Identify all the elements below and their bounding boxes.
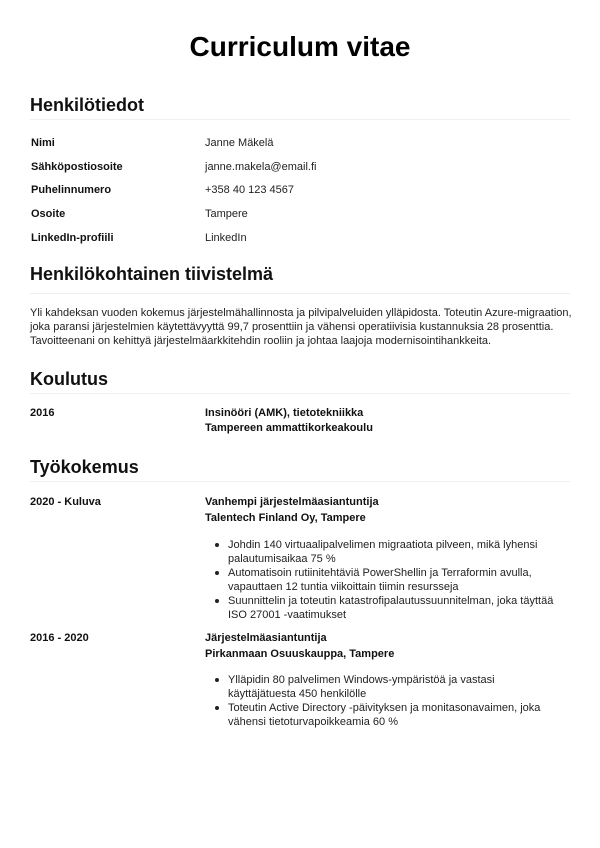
info-row-address: Osoite Tampere <box>31 206 571 222</box>
document-title: Curriculum vitae <box>0 29 600 65</box>
education-degree: Insinööri (AMK), tietotekniikka <box>205 406 570 421</box>
achievement-text: Automatisoin rutiinitehtäviä PowerShelli… <box>228 567 532 593</box>
section-heading-experience: Työkokemus <box>30 456 139 478</box>
info-label: Puhelinnumero <box>31 182 111 198</box>
experience-role: Vanhempi järjestelmäasiantuntija <box>205 495 570 510</box>
education-details: Insinööri (AMK), tietotekniikka Tamperee… <box>205 406 570 436</box>
section-heading-personal: Henkilötiedot <box>30 94 144 116</box>
info-row-linkedin: LinkedIn-profiili LinkedIn <box>31 230 571 246</box>
experience-date: 2020 - Kuluva <box>30 495 101 510</box>
achievement-list: Ylläpidin 80 palvelimen Windows-ympärist… <box>205 673 555 729</box>
linkedin-link[interactable]: LinkedIn <box>205 230 247 246</box>
info-row-phone: Puhelinnumero +358 40 123 4567 <box>31 182 571 198</box>
list-item: Johdin 140 virtuaalipalvelimen migraatio… <box>205 538 555 566</box>
info-value: Tampere <box>205 206 248 222</box>
bullet-icon <box>215 678 219 682</box>
info-label: LinkedIn-profiili <box>31 230 114 246</box>
list-item: Automatisoin rutiinitehtäviä PowerShelli… <box>205 566 555 594</box>
section-divider <box>30 481 570 482</box>
achievement-text: Toteutin Active Directory -päivityksen j… <box>228 702 540 728</box>
summary-text: Yli kahdeksan vuoden kokemus järjestelmä… <box>30 306 572 349</box>
list-item: Suunnittelin ja toteutin katastrofipalau… <box>205 594 555 622</box>
bullet-icon <box>215 599 219 603</box>
section-heading-summary: Henkilökohtainen tiivistelmä <box>30 263 273 285</box>
info-label: Nimi <box>31 135 55 151</box>
info-label: Sähköpostiosoite <box>31 159 123 175</box>
experience-company: Talentech Finland Oy, Tampere <box>205 511 570 526</box>
section-divider <box>30 119 570 120</box>
section-heading-education: Koulutus <box>30 368 108 390</box>
achievement-text: Suunnittelin ja toteutin katastrofipalau… <box>228 595 553 621</box>
achievement-list: Johdin 140 virtuaalipalvelimen migraatio… <box>205 538 555 622</box>
achievement-text: Johdin 140 virtuaalipalvelimen migraatio… <box>228 539 537 565</box>
experience-details: Vanhempi järjestelmäasiantuntija Talente… <box>205 495 570 526</box>
info-row-email: Sähköpostiosoite janne.makela@email.fi <box>31 159 571 175</box>
info-value: Janne Mäkelä <box>205 135 274 151</box>
cv-page: Curriculum vitae Henkilötiedot Nimi Jann… <box>0 0 600 848</box>
bullet-icon <box>215 706 219 710</box>
experience-company: Pirkanmaan Osuuskauppa, Tampere <box>205 647 570 662</box>
email-link[interactable]: janne.makela@email.fi <box>205 159 316 175</box>
education-date: 2016 <box>30 406 54 421</box>
info-row-name: Nimi Janne Mäkelä <box>31 135 571 151</box>
info-value: +358 40 123 4567 <box>205 182 294 198</box>
experience-details: Järjestelmäasiantuntija Pirkanmaan Osuus… <box>205 631 570 662</box>
section-divider <box>30 293 570 294</box>
education-school: Tampereen ammattikorkeakoulu <box>205 421 570 436</box>
experience-role: Järjestelmäasiantuntija <box>205 631 570 646</box>
experience-date: 2016 - 2020 <box>30 631 89 646</box>
info-label: Osoite <box>31 206 65 222</box>
list-item: Ylläpidin 80 palvelimen Windows-ympärist… <box>205 673 555 701</box>
bullet-icon <box>215 543 219 547</box>
list-item: Toteutin Active Directory -päivityksen j… <box>205 701 555 729</box>
bullet-icon <box>215 571 219 575</box>
section-divider <box>30 393 570 394</box>
achievement-text: Ylläpidin 80 palvelimen Windows-ympärist… <box>228 674 495 700</box>
